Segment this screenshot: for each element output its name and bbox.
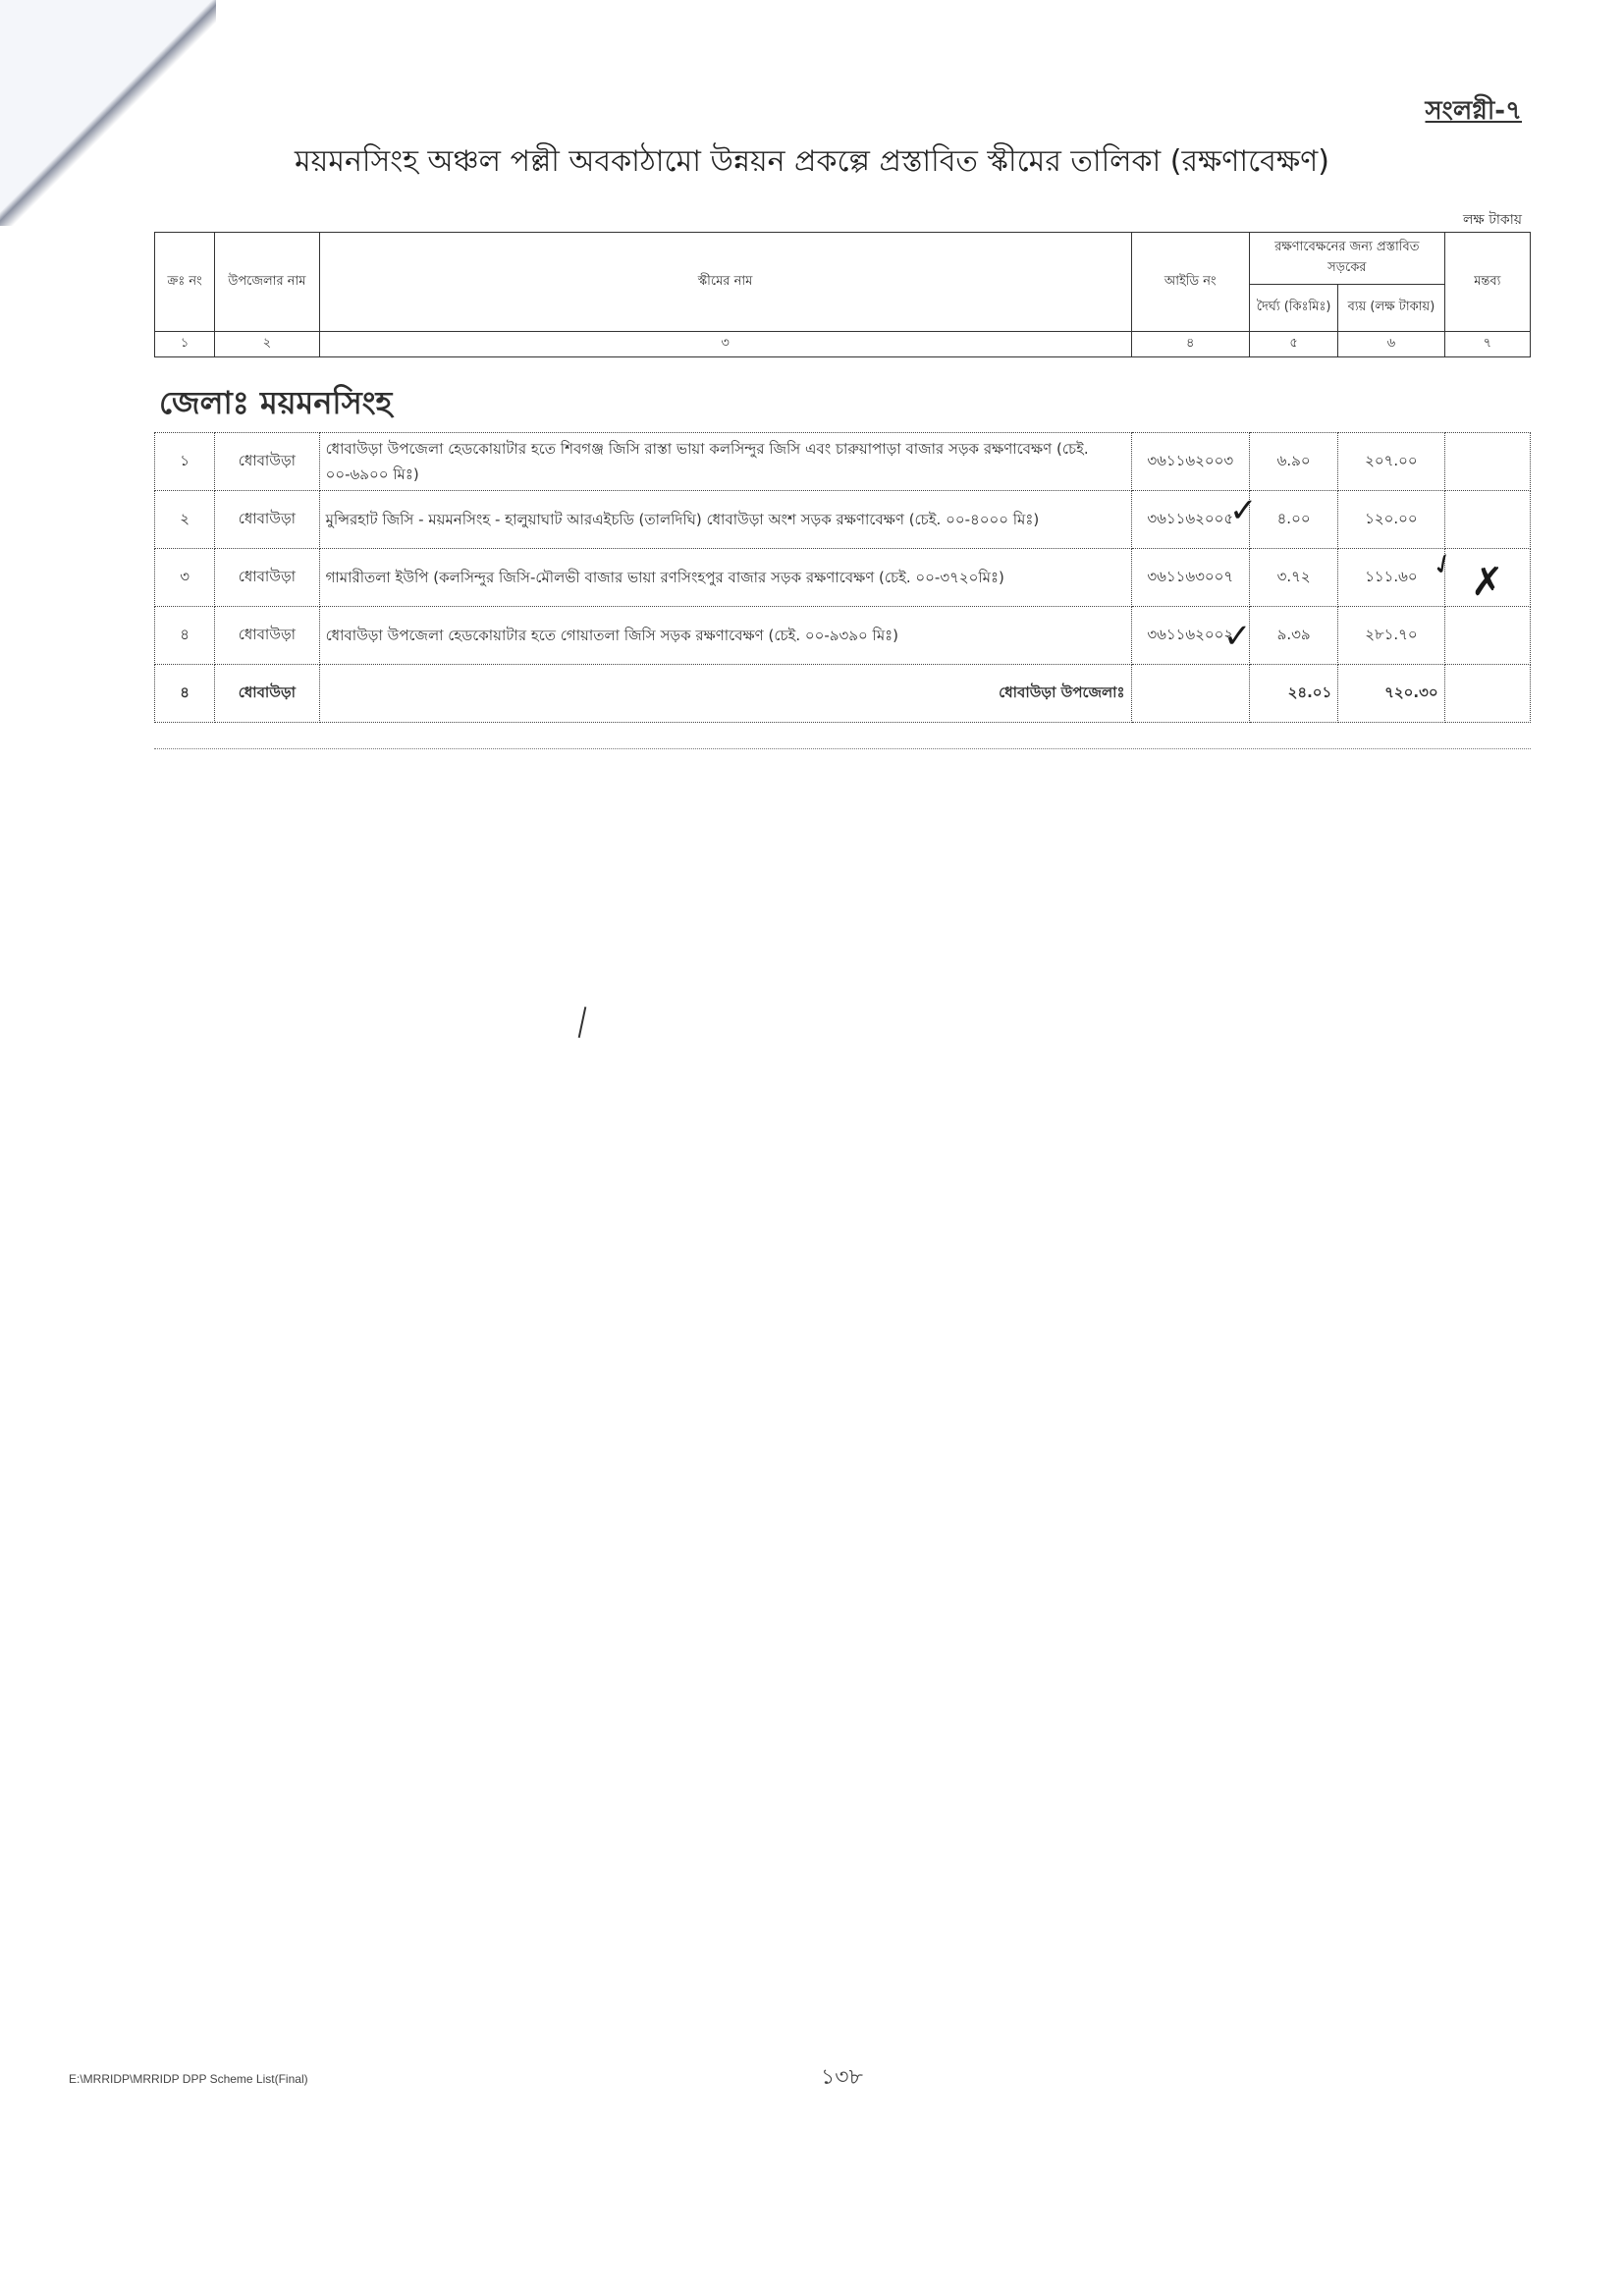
cell-cost: ১২০.০০ — [1338, 491, 1444, 549]
header-id-no: আইডি নং — [1131, 233, 1249, 332]
page-number: ১৩৮ — [821, 2060, 863, 2097]
cell-scheme-name: ধোবাউড়া উপজেলা হেডকোয়াটার হতে গোয়াতলা… — [319, 607, 1131, 665]
total-count: ৪ — [155, 665, 215, 723]
table-row: ৩ ধোবাউড়া গামারীতলা ইউপি (কলসিন্দুর জিস… — [155, 549, 1531, 607]
cell-upazila: ধোবাউড়া — [215, 433, 319, 491]
cell-scheme-name: মুন্সিরহাট জিসি - ময়মনসিংহ - হালুয়াঘাট… — [319, 491, 1131, 549]
column-number: ১ — [155, 332, 215, 357]
separator-line — [154, 748, 1531, 749]
footer-file-path: E:\MRRIDP\MRRIDP DPP Scheme List(Final) — [69, 2072, 308, 2086]
annex-label: সংলগ্নী-৭ — [1426, 90, 1523, 134]
cell-cost: ২০৭.০০ — [1338, 433, 1444, 491]
header-scheme-name: স্কীমের নাম — [319, 233, 1131, 332]
cell-cost: ২৮১.৭০ — [1338, 607, 1444, 665]
document-title: ময়মনসিংহ অঞ্চল পল্লী অবকাঠামো উন্নয়ন প… — [0, 137, 1624, 188]
header-length: দৈর্ঘ্য (কিঃমিঃ) — [1249, 285, 1337, 332]
scheme-table: ১ ধোবাউড়া ধোবাউড়া উপজেলা হেডকোয়াটার হ… — [154, 432, 1531, 723]
page-fold-shadow — [0, 0, 216, 226]
total-remarks — [1444, 665, 1530, 723]
cell-remarks — [1444, 433, 1530, 491]
column-number: ৫ — [1249, 332, 1337, 357]
cell-length: ৩.৭২ — [1249, 549, 1337, 607]
total-upazila: ধোবাউড়া — [215, 665, 319, 723]
district-heading: জেলাঃ ময়মনসিংহ — [159, 378, 392, 431]
handwritten-tick-icon: ✓ — [1229, 491, 1258, 530]
cell-id-no: ৩৬১১৬২০০৩ — [1131, 433, 1249, 491]
cell-id-no: ৩৬১১৬৩০০৭ — [1131, 549, 1249, 607]
cell-remarks — [1444, 491, 1530, 549]
cell-upazila: ধোবাউড়া — [215, 491, 319, 549]
cell-length: ৪.০০ — [1249, 491, 1337, 549]
total-row: ৪ ধোবাউড়া ধোবাউড়া উপজেলাঃ ২৪.০১ ৭২০.৩০ — [155, 665, 1531, 723]
cell-upazila: ধোবাউড়া — [215, 549, 319, 607]
column-number: ৭ — [1444, 332, 1530, 357]
header-upazila: উপজেলার নাম — [215, 233, 319, 332]
column-number: ৪ — [1131, 332, 1249, 357]
cell-serial: ৪ — [155, 607, 215, 665]
cell-length: ৬.৯০ — [1249, 433, 1337, 491]
header-serial: ক্রঃ নং — [155, 233, 215, 332]
total-id-blank — [1131, 665, 1249, 723]
total-length: ২৪.০১ — [1249, 665, 1337, 723]
column-number: ৩ — [319, 332, 1131, 357]
cell-serial: ২ — [155, 491, 215, 549]
total-label: ধোবাউড়া উপজেলাঃ — [319, 665, 1131, 723]
header-proposed-group: রক্ষণাবেক্ষনের জন্য প্রস্তাবিত সড়কের — [1249, 233, 1444, 285]
total-cost: ৭২০.৩০ — [1338, 665, 1444, 723]
table-row: ২ ধোবাউড়া মুন্সিরহাট জিসি - ময়মনসিংহ -… — [155, 491, 1531, 549]
table-row: ১ ধোবাউড়া ধোবাউড়া উপজেলা হেডকোয়াটার হ… — [155, 433, 1531, 491]
table-row: ৪ ধোবাউড়া ধোবাউড়া উপজেলা হেডকোয়াটার হ… — [155, 607, 1531, 665]
cell-serial: ৩ — [155, 549, 215, 607]
cell-upazila: ধোবাউড়া — [215, 607, 319, 665]
handwritten-cross-icon: ✗ — [1471, 560, 1504, 605]
cell-scheme-name: ধোবাউড়া উপজেলা হেডকোয়াটার হতে শিবগঞ্জ … — [319, 433, 1131, 491]
cell-remarks — [1444, 607, 1530, 665]
cell-scheme-name: গামারীতলা ইউপি (কলসিন্দুর জিসি-মৌলভী বাজ… — [319, 549, 1131, 607]
header-cost: ব্যয় (লক্ষ টাকায়) — [1338, 285, 1444, 332]
cell-length: ৯.৩৯ — [1249, 607, 1337, 665]
handwritten-tick-icon: ✓ — [1223, 617, 1252, 656]
stray-pen-mark — [578, 1007, 587, 1038]
unit-note: লক্ষ টাকায় — [1463, 208, 1522, 232]
header-remarks: মন্তব্য — [1444, 233, 1530, 332]
table-header: ক্রঃ নং উপজেলার নাম স্কীমের নাম আইডি নং … — [154, 232, 1531, 357]
column-number: ২ — [215, 332, 319, 357]
column-number: ৬ — [1338, 332, 1444, 357]
cell-serial: ১ — [155, 433, 215, 491]
